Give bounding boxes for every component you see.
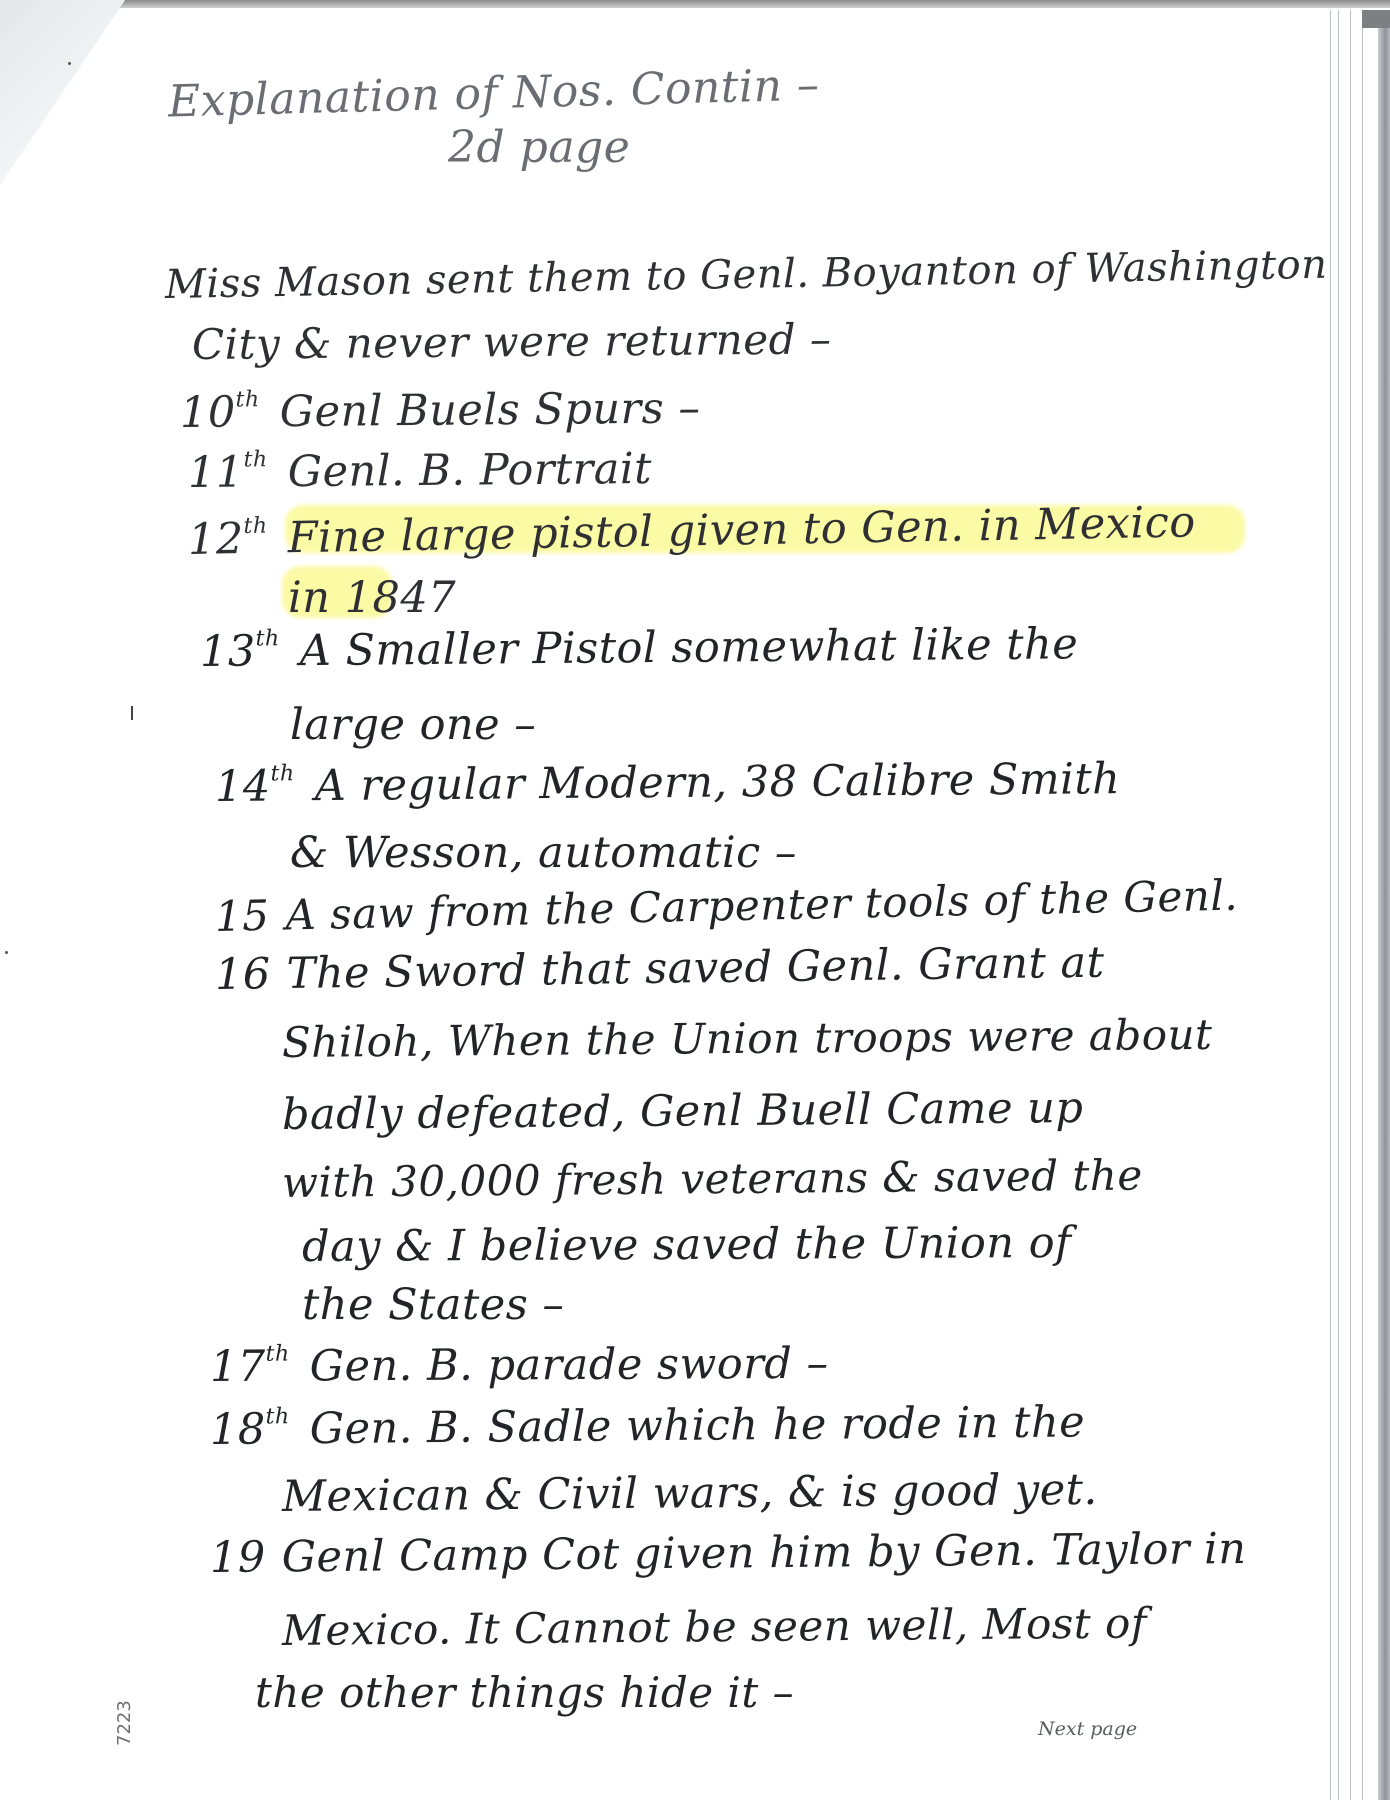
archive-number: 7223 (114, 1700, 135, 1746)
item-text: Shiloh, When the Union troops were about (282, 1010, 1213, 1067)
item-text: the States – (302, 1280, 564, 1330)
item-text: Genl Buels Spurs – (280, 383, 701, 437)
item-text: Genl Camp Cot given him by Gen. Taylor i… (281, 1524, 1246, 1582)
item-text: day & I believe saved the Union of (302, 1218, 1072, 1272)
item-text: Gen. B. parade sword – (310, 1339, 829, 1392)
item-text: Mexican & Civil wars, & is good yet. (282, 1465, 1098, 1522)
item-text: the other things hide it – (255, 1668, 794, 1717)
item-number: 12th (188, 514, 273, 565)
list-item-continuation: & Wesson, automatic – (290, 828, 797, 878)
item-text: in 1847 (288, 573, 456, 623)
list-item: 19Genl Camp Cot given him by Gen. Taylor… (210, 1524, 1247, 1583)
ordinal-suffix: th (235, 387, 259, 412)
list-item-continuation: with 30,000 fresh veterans & saved the (282, 1150, 1143, 1207)
ordinal-suffix: th (265, 1404, 289, 1429)
ordinal-suffix: th (243, 447, 267, 472)
page-title: Explanation of Nos. Contin – (167, 59, 820, 127)
list-item: 10thGenl Buels Spurs – (180, 383, 701, 438)
list-item-continuation: Mexico. It Cannot be seen well, Most of (282, 1598, 1147, 1655)
list-item: 17thGen. B. parade sword – (210, 1339, 829, 1392)
item-text: with 30,000 fresh veterans & saved the (282, 1150, 1143, 1207)
item-text: & Wesson, automatic – (290, 828, 797, 878)
list-item: 14thA regular Modern, 38 Calibre Smith (215, 754, 1121, 812)
item-number: 15 (214, 891, 269, 941)
ordinal-suffix: th (266, 1342, 290, 1367)
list-item-continuation: the other things hide it – (255, 1668, 794, 1717)
scan-top-edge (0, 0, 1390, 8)
scan-mark (5, 951, 8, 954)
item-text: A saw from the Carpenter tools of the Ge… (285, 871, 1239, 940)
list-item-continuation: in 1847 (288, 573, 456, 623)
item-text: Miss Mason sent them to Genl. Boyanton o… (165, 242, 1328, 308)
next-page-note: Next page (1038, 1718, 1137, 1740)
page-subtitle: 2d page (448, 122, 630, 173)
item-text: large one – (290, 700, 536, 750)
folded-page-corner (0, 0, 125, 185)
list-item-continuation: Miss Mason sent them to Genl. Boyanton o… (165, 242, 1328, 308)
item-number: 18th (210, 1404, 294, 1455)
list-item-continuation: City & never were returned – (192, 314, 832, 369)
list-item-continuation: Shiloh, When the Union troops were about (282, 1010, 1213, 1067)
item-text: Mexico. It Cannot be seen well, Most of (282, 1598, 1147, 1655)
item-text: Gen. B. Sadle which he rode in the (310, 1397, 1086, 1454)
scan-mark (131, 706, 133, 720)
list-item-continuation: the States – (302, 1280, 564, 1330)
list-item: 18thGen. B. Sadle which he rode in the (210, 1397, 1086, 1455)
list-item: 11thGenl. B. Portrait (188, 444, 652, 498)
list-item: 13thA Smaller Pistol somewhat like the (200, 619, 1079, 677)
list-item: 16The Sword that saved Genl. Grant at (215, 938, 1105, 1000)
item-number: 14th (215, 761, 299, 812)
list-item-continuation: badly defeated, Genl Buell Came up (282, 1083, 1084, 1140)
ordinal-suffix: th (255, 626, 279, 651)
item-number: 13th (200, 626, 284, 677)
list-item-continuation: day & I believe saved the Union of (302, 1218, 1072, 1272)
item-number: 10th (180, 387, 264, 438)
item-text: Genl. B. Portrait (288, 444, 653, 497)
ordinal-suffix: th (270, 761, 294, 786)
item-text: badly defeated, Genl Buell Came up (282, 1083, 1084, 1140)
list-item: 15A saw from the Carpenter tools of the … (214, 871, 1238, 941)
item-number: 17th (210, 1342, 294, 1392)
item-text: A regular Modern, 38 Calibre Smith (315, 754, 1121, 811)
item-text: City & never were returned – (192, 314, 832, 369)
list-item-continuation: Mexican & Civil wars, & is good yet. (282, 1465, 1098, 1522)
item-number: 11th (188, 447, 272, 498)
scan-mark (68, 62, 71, 65)
item-number: 19 (210, 1533, 266, 1583)
list-item-continuation: large one – (290, 700, 536, 750)
ordinal-suffix: th (243, 514, 267, 539)
item-text: A Smaller Pistol somewhat like the (300, 619, 1079, 676)
item-number: 16 (215, 949, 271, 1000)
item-text: The Sword that saved Genl. Grant at (286, 938, 1104, 999)
